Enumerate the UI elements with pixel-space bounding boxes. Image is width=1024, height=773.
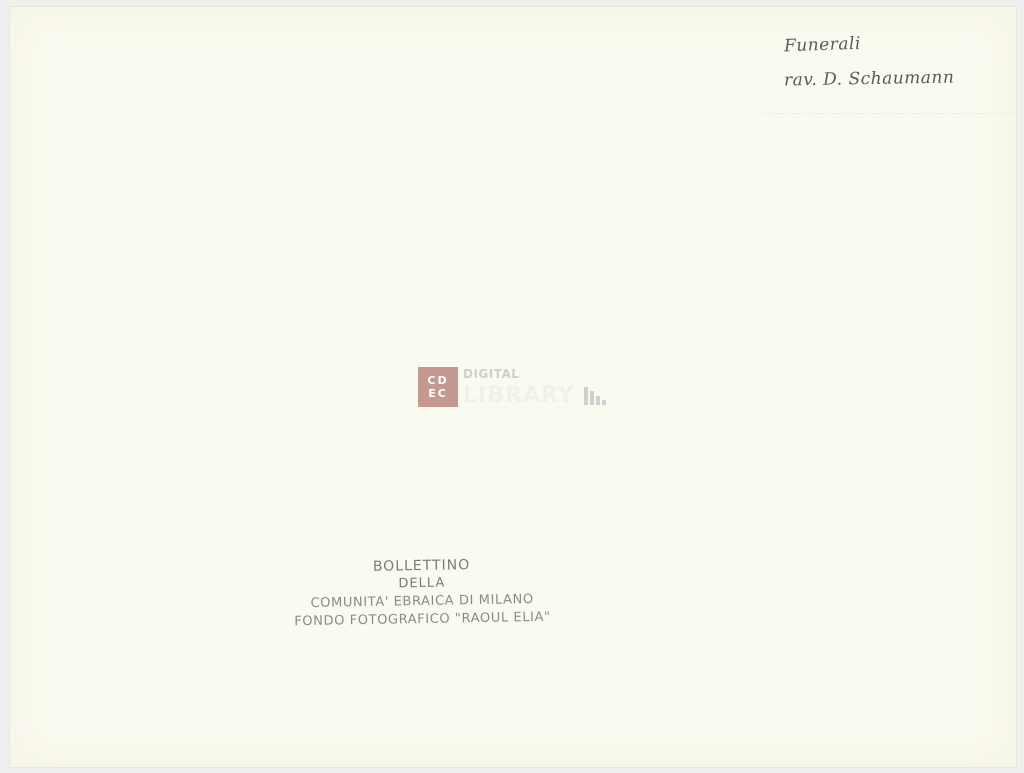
photo-back-page: Funerali rav. D. Schaumann CD EC DIGITAL… <box>9 6 1017 768</box>
handwritten-note-line-2: rav. D. Schaumann <box>784 68 955 91</box>
archive-stamp: BOLLETTINO DELLA COMUNITA' EBRAICA DI MI… <box>271 554 572 631</box>
stamp-line-4: FONDO FOTOGRAFICO "RAOUL ELIA" <box>272 608 572 631</box>
handwritten-note-line-1: Funerali <box>784 34 862 57</box>
logo-line-2: EC <box>418 387 458 400</box>
cdec-digital-library-watermark: CD EC DIGITAL LIBRARY <box>418 367 618 409</box>
watermark-library-text: LIBRARY <box>463 383 575 408</box>
watermark-digital-text: DIGITAL <box>463 367 519 381</box>
handwritten-note: Funerali rav. D. Schaumann <box>762 31 1014 114</box>
bar-chart-icon <box>584 387 610 405</box>
cdec-logo-icon: CD EC <box>418 367 458 407</box>
logo-line-1: CD <box>418 374 458 387</box>
